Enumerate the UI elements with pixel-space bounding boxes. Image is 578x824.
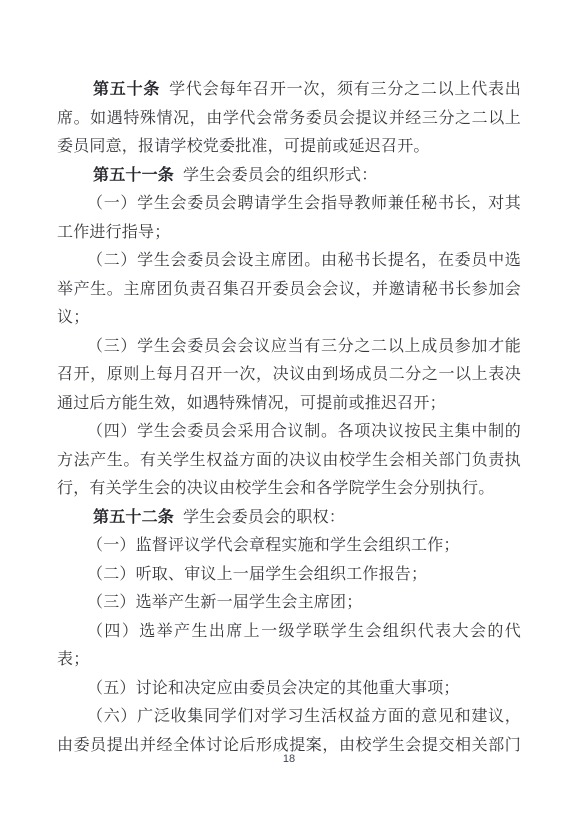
text-line: （五）讨论和决定应由委员会决定的其他重大事项； (57, 675, 521, 704)
text-line: 表； (57, 646, 521, 675)
text-line: （四）学生会委员会采用合议制。各项决议按民主集中制的 (57, 418, 521, 447)
text-line: 委员同意，报请学校党委批准，可提前或延迟召开。 (57, 133, 521, 162)
document-page: 第五十条学代会每年召开一次，须有三分之二以上代表出席。如遇特殊情况，由学代会常务… (0, 0, 578, 824)
article-number: 第五十条 (93, 81, 160, 98)
text-line: 方法产生。有关学生权益方面的决议由校学生会相关部门负责执 (57, 447, 521, 476)
text-line: 席。如遇特殊情况，由学代会常务委员会提议并经三分之二以上 (57, 105, 521, 134)
text-line: （一）学生会委员会聘请学生会指导教师兼任秘书长，对其 (57, 190, 521, 219)
text-line: 召开，原则上每月召开一次，决议由到场成员二分之一以上表决 (57, 361, 521, 390)
line-text: （一）监督评议学代会章程实施和学生会组织工作； (87, 537, 460, 554)
line-text: （一）学生会委员会聘请学生会指导教师兼任秘书长，对其 (87, 195, 521, 212)
text-line: 行，有关学生会的决议由校学生会和各学院学生会分别执行。 (57, 475, 521, 504)
text-line: （二）听取、审议上一届学生会组织工作报告； (57, 561, 521, 590)
article-line: 第五十二条学生会委员会的职权： (57, 504, 521, 533)
line-text: （六）广泛收集同学们对学习生活权益方面的意见和建议， (87, 708, 521, 725)
line-text: （五）讨论和决定应由委员会决定的其他重大事项； (87, 680, 460, 697)
text-line: 通过后方能生效，如遇特殊情况，可提前或推迟召开； (57, 390, 521, 419)
text-line: （三）选举产生新一届学生会主席团； (57, 589, 521, 618)
line-text: （三）学生会委员会会议应当有三分之二以上成员参加才能 (87, 338, 521, 355)
line-text: （二）听取、审议上一届学生会组织工作报告； (87, 566, 427, 583)
page-number: 18 (0, 753, 578, 765)
text-line: 举产生。主席团负责召集召开委员会会议，并邀请秘书长参加会 (57, 276, 521, 305)
line-text: 表； (57, 651, 89, 668)
line-text: 学生会委员会的职权： (183, 509, 345, 526)
line-text: 学代会每年召开一次，须有三分之二以上代表出 (169, 81, 521, 98)
line-text: （三）选举产生新一届学生会主席团； (87, 594, 362, 611)
text-line: （四）选举产生出席上一级学联学生会组织代表大会的代 (57, 618, 521, 647)
line-text: 举产生。主席团负责召集召开委员会会议，并邀请秘书长参加会 (57, 281, 521, 298)
article-line: 第五十一条学生会委员会的组织形式： (57, 162, 521, 191)
article-number: 第五十一条 (93, 167, 174, 184)
text-line: （三）学生会委员会会议应当有三分之二以上成员参加才能 (57, 333, 521, 362)
line-text: 委员同意，报请学校党委批准，可提前或延迟召开。 (57, 138, 430, 155)
line-text: 席。如遇特殊情况，由学代会常务委员会提议并经三分之二以上 (57, 110, 521, 127)
article-line: 第五十条学代会每年召开一次，须有三分之二以上代表出 (57, 76, 521, 105)
text-line: 议； (57, 304, 521, 333)
text-line: （六）广泛收集同学们对学习生活权益方面的意见和建议， (57, 703, 521, 732)
line-text: 召开，原则上每月召开一次，决议由到场成员二分之一以上表决 (57, 366, 521, 383)
text-line: （一）监督评议学代会章程实施和学生会组织工作； (57, 532, 521, 561)
article-number: 第五十二条 (93, 509, 174, 526)
line-text: 通过后方能生效，如遇特殊情况，可提前或推迟召开； (57, 395, 446, 412)
line-text: （四）选举产生出席上一级学联学生会组织代表大会的代 (87, 623, 521, 640)
line-text: （二）学生会委员会设主席团。由秘书长提名，在委员中选 (87, 252, 521, 269)
line-text: 议； (57, 309, 89, 326)
line-text: 学生会委员会的组织形式： (183, 167, 377, 184)
line-text: （四）学生会委员会采用合议制。各项决议按民主集中制的 (87, 423, 521, 440)
text-line: （二）学生会委员会设主席团。由秘书长提名，在委员中选 (57, 247, 521, 276)
line-text: 行，有关学生会的决议由校学生会和各学院学生会分别执行。 (57, 480, 494, 497)
line-text: 由委员提出并经全体讨论后形成提案，由校学生会提交相关部门 (57, 737, 521, 754)
text-line: 工作进行指导； (57, 219, 521, 248)
document-body: 第五十条学代会每年召开一次，须有三分之二以上代表出席。如遇特殊情况，由学代会常务… (57, 76, 521, 760)
line-text: 工作进行指导； (57, 224, 170, 241)
line-text: 方法产生。有关学生权益方面的决议由校学生会相关部门负责执 (57, 452, 521, 469)
